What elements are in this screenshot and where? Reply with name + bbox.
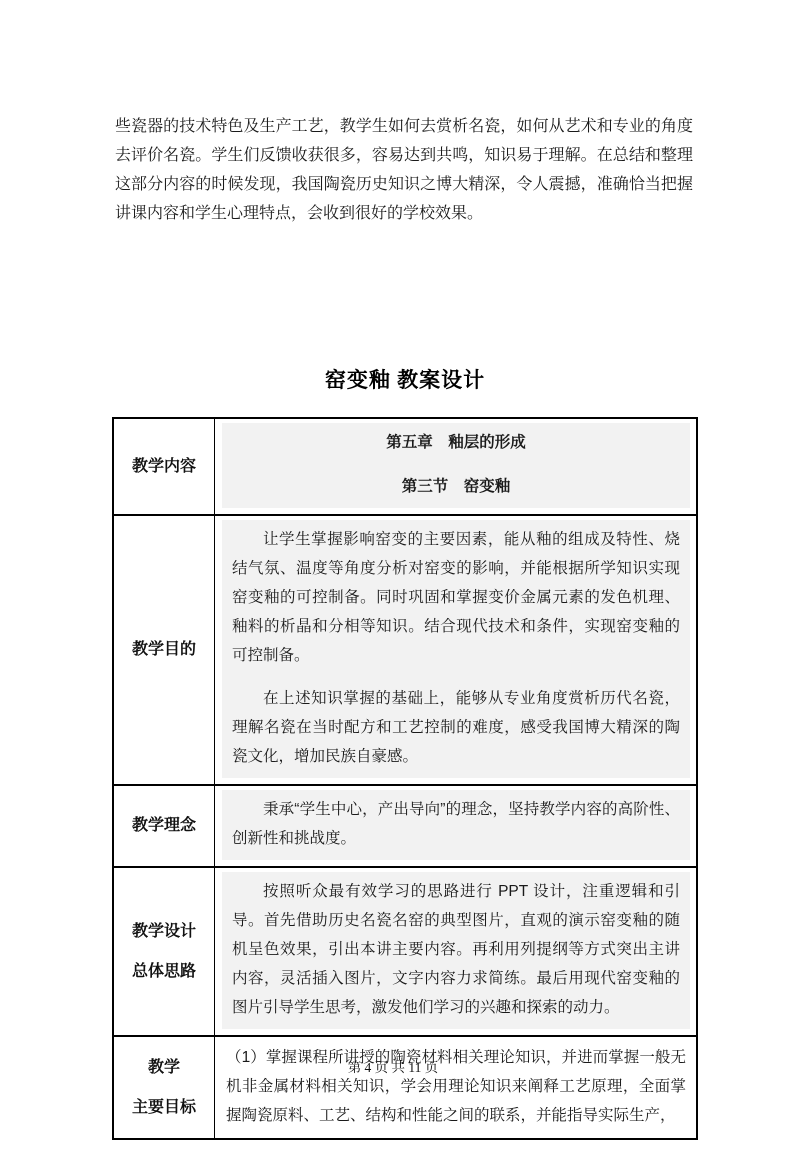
row-label-cell: 教学目的 (114, 516, 215, 784)
row-label-cell: 教学主要目标 (114, 1037, 215, 1138)
row-label-text: 总体思路 (132, 962, 196, 982)
row-label-text: 教学目的 (132, 640, 196, 660)
row-label-text: 教学内容 (132, 457, 196, 477)
table-row: 教学理念 秉承“学生中心，产出导向”的理念，坚持教学内容的高阶性、创新性和挑战度… (114, 786, 696, 868)
row-content-cell: 第五章 釉层的形成第三节 窑变釉 (215, 419, 696, 514)
document-page: { "document": { "intro_paragraph": "些瓷器的… (0, 0, 786, 1165)
table-row: 教学内容 第五章 釉层的形成第三节 窑变釉 (114, 419, 696, 516)
row-content-cell: 让学生掌握影响窑变的主要因素，能从釉的组成及特性、烧结气氛、温度等角度分析对窑变… (215, 516, 696, 784)
row-label-cell: 教学内容 (114, 419, 215, 514)
cell-paragraph: 在上述知识掌握的基础上，能够从专业角度赏析历代名瓷，理解名瓷在当时配方和工艺控制… (232, 684, 680, 771)
row-content-cell: 秉承“学生中心，产出导向”的理念，坚持教学内容的高阶性、创新性和挑战度。 (215, 786, 696, 866)
row-content-shading: （1）掌握课程所讲授的陶瓷材料相关理论知识，并进而掌握一般无机非金属材料相关知识… (222, 1041, 690, 1132)
cell-paragraph: 第三节 窑变釉 (232, 472, 680, 501)
page-number-footer: 第 4 页 共 11 页 (0, 1056, 786, 1076)
row-label-text: 教学理念 (132, 816, 196, 836)
row-label-text: 主要目标 (132, 1098, 196, 1118)
lesson-plan-table: 教学内容 第五章 釉层的形成第三节 窑变釉 教学目的 让学生掌握影响窑变的主要因… (112, 417, 698, 1140)
cell-paragraph: 秉承“学生中心，产出导向”的理念，坚持教学内容的高阶性、创新性和挑战度。 (232, 795, 680, 853)
row-label-text: 教学设计 (132, 922, 196, 942)
row-content-cell: （1）掌握课程所讲授的陶瓷材料相关理论知识，并进而掌握一般无机非金属材料相关知识… (215, 1037, 696, 1138)
intro-paragraph: 些瓷器的技术特色及生产工艺，教学生如何去赏析名瓷，如何从艺术和专业的角度去评价名… (115, 112, 693, 228)
row-label-cell: 教学理念 (114, 786, 215, 866)
row-content-shading: 让学生掌握影响窑变的主要因素，能从釉的组成及特性、烧结气氛、温度等角度分析对窑变… (222, 520, 690, 778)
cell-paragraph: 让学生掌握影响窑变的主要因素，能从釉的组成及特性、烧结气氛、温度等角度分析对窑变… (232, 525, 680, 670)
table-row: 教学目的 让学生掌握影响窑变的主要因素，能从釉的组成及特性、烧结气氛、温度等角度… (114, 516, 696, 786)
cell-paragraph: 按照听众最有效学习的思路进行 PPT 设计，注重逻辑和引导。首先借助历史名瓷名窑… (232, 877, 680, 1022)
table-row: 教学主要目标 （1）掌握课程所讲授的陶瓷材料相关理论知识，并进而掌握一般无机非金… (114, 1037, 696, 1138)
table-row: 教学设计总体思路 按照听众最有效学习的思路进行 PPT 设计，注重逻辑和引导。首… (114, 868, 696, 1037)
cell-paragraph: 第五章 釉层的形成 (232, 428, 680, 457)
row-content-cell: 按照听众最有效学习的思路进行 PPT 设计，注重逻辑和引导。首先借助历史名瓷名窑… (215, 868, 696, 1035)
row-content-shading: 第五章 釉层的形成第三节 窑变釉 (222, 423, 690, 508)
row-label-cell: 教学设计总体思路 (114, 868, 215, 1035)
page-title: 窑变釉 教案设计 (112, 364, 698, 394)
row-content-shading: 秉承“学生中心，产出导向”的理念，坚持教学内容的高阶性、创新性和挑战度。 (222, 790, 690, 860)
row-content-shading: 按照听众最有效学习的思路进行 PPT 设计，注重逻辑和引导。首先借助历史名瓷名窑… (222, 872, 690, 1029)
